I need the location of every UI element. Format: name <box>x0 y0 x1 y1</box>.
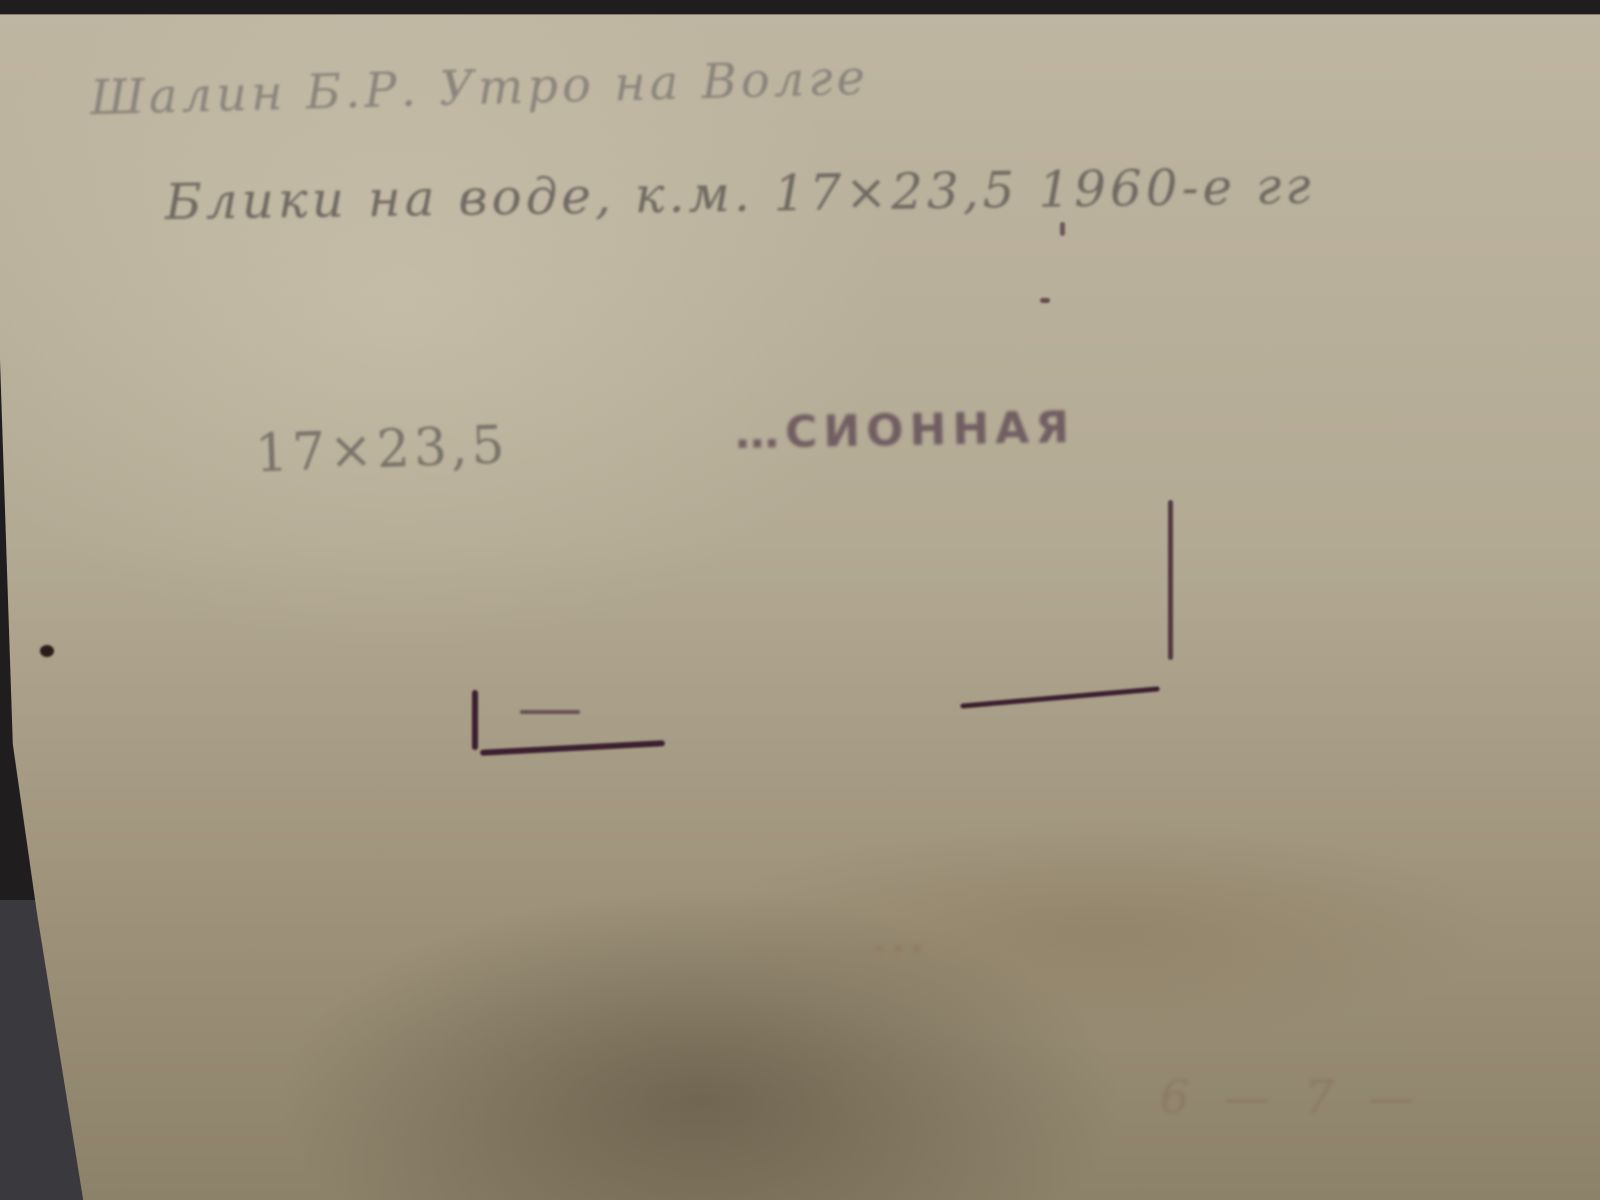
stamp-frame-right-horizontal <box>960 686 1160 708</box>
cardboard-back: Шалин Б.Р. Утро на Волге Блики на воде, … <box>0 0 1600 1200</box>
faint-pencil-corner: 6 — 7 — <box>1160 1070 1424 1124</box>
inscription-title-size-date: Блики на воде, к.м. 17×23,5 1960-е гг <box>165 157 1315 231</box>
inscription-artist-title: Шалин Б.Р. Утро на Волге <box>89 50 869 126</box>
inscription-size: 17×23,5 <box>254 416 509 485</box>
stamp-frame-left-vertical <box>472 690 478 750</box>
stamp-text: …СИОННАЯ <box>735 402 1076 459</box>
ink-speck <box>1060 222 1065 236</box>
faint-pencil-bottom: … <box>870 900 932 965</box>
ink-speck <box>1040 298 1050 303</box>
stamp-frame-inner-dash <box>520 710 580 714</box>
stamp-frame-left-horizontal <box>480 740 665 756</box>
nail-hole <box>40 645 54 657</box>
stain <box>700 820 1500 1040</box>
stamp-frame-right-vertical <box>1168 500 1173 660</box>
